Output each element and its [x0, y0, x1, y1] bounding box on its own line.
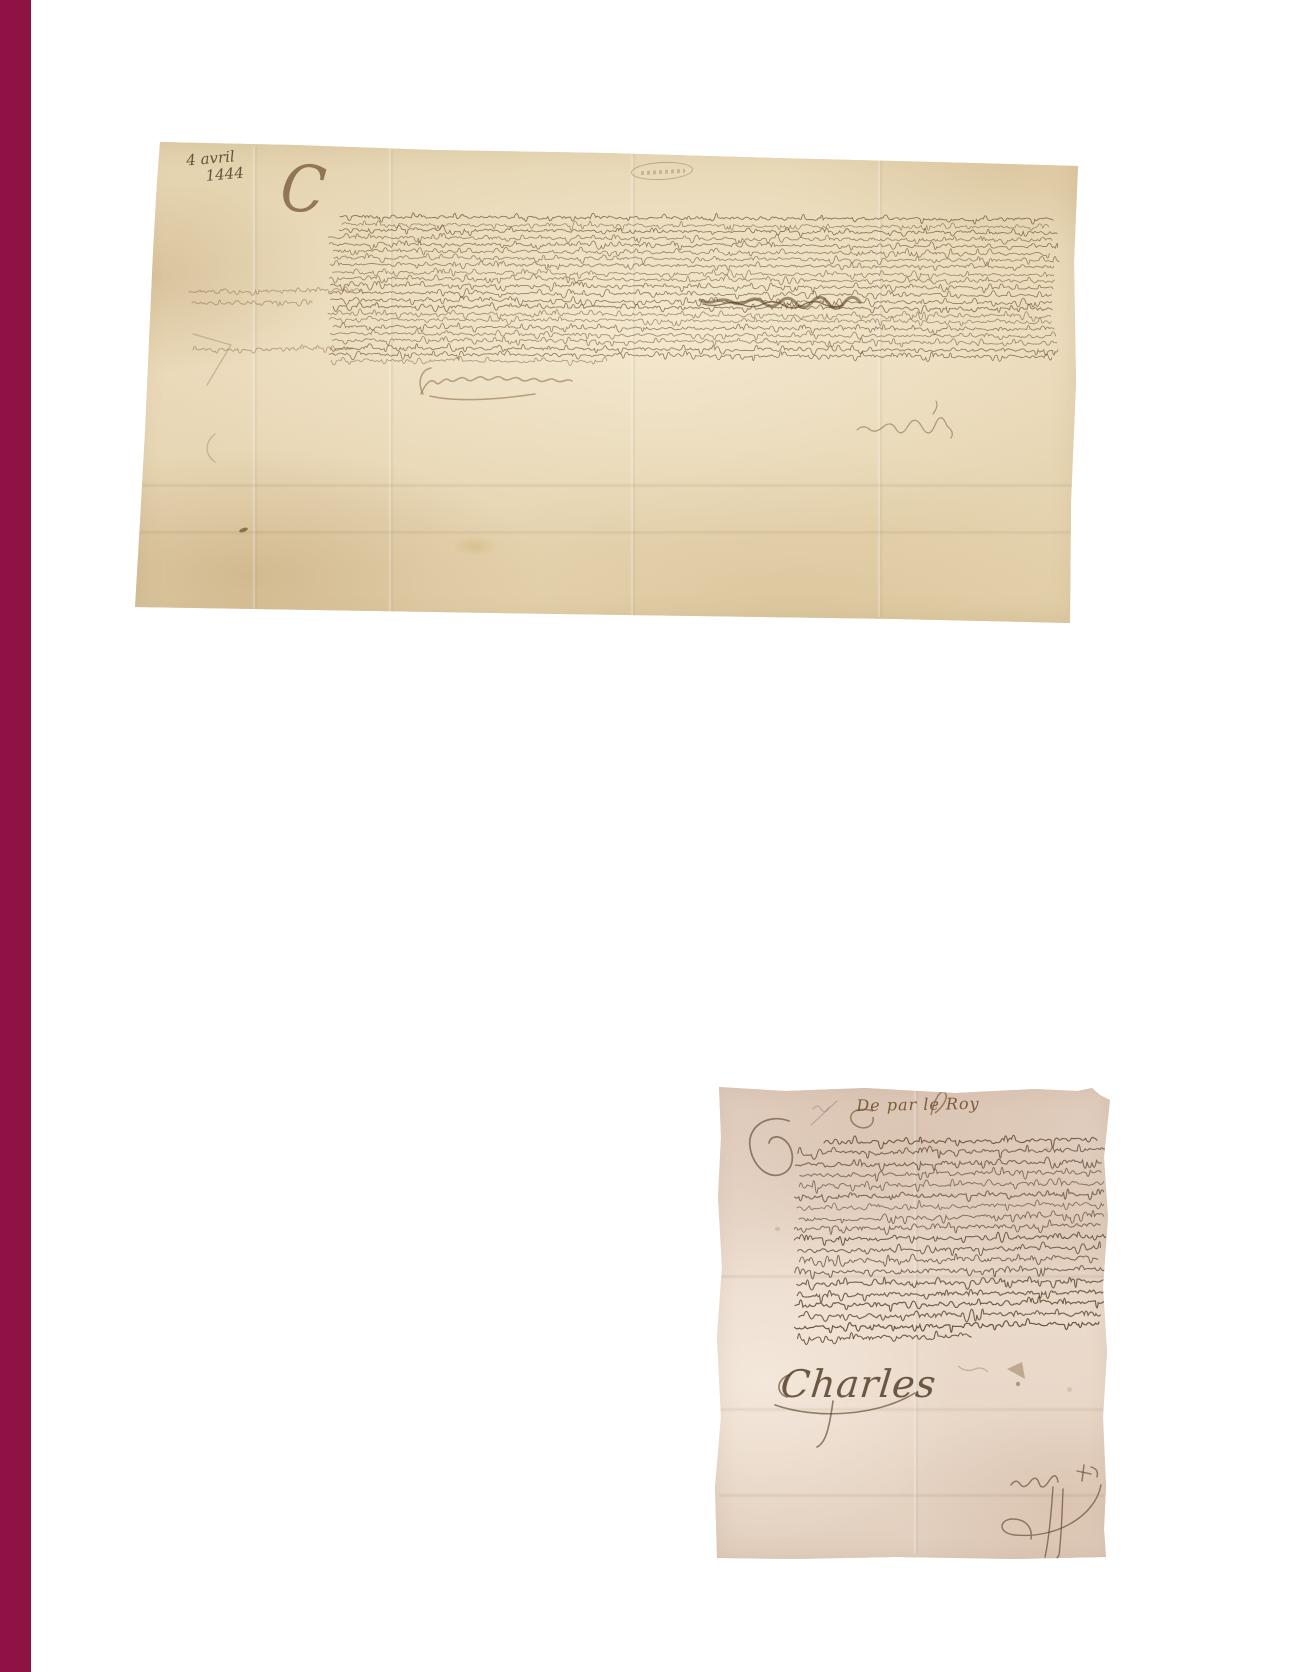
script-line — [800, 1254, 1098, 1267]
fold-crease — [252, 146, 258, 617]
doc2-header: De par le Roy — [833, 1094, 1003, 1116]
doc1-countersignature — [857, 401, 952, 438]
script-line — [192, 299, 312, 306]
script-line — [795, 1189, 1104, 1202]
doc1-date-annotation: 4 avril 1444 — [186, 148, 245, 187]
script-line — [331, 261, 1054, 271]
script-line — [797, 1200, 1103, 1211]
script-line — [794, 1220, 1100, 1235]
script-line — [334, 323, 1055, 334]
script-line — [794, 1232, 1105, 1245]
script-line — [798, 1242, 1101, 1256]
doc1-pencil-marks — [193, 334, 231, 462]
oval-mark-inscription — [641, 169, 685, 175]
script-line — [331, 281, 1054, 293]
fold-crease — [630, 146, 636, 617]
doc2-signature-flourish — [775, 1375, 915, 1447]
script-line — [824, 1135, 1097, 1149]
script-line — [333, 268, 1054, 279]
document-2: De par le Roy Charles — [715, 1087, 1110, 1560]
doc2-stain-marks — [958, 1362, 1025, 1386]
script-line — [329, 241, 1057, 250]
script-line — [339, 226, 1057, 237]
script-line — [333, 303, 1052, 314]
fold-crease — [719, 1274, 1104, 1279]
script-line — [797, 1289, 1103, 1302]
accent-bar — [0, 0, 31, 1672]
script-line — [799, 1178, 1103, 1193]
fold-crease — [388, 146, 394, 617]
doc1-signature-flourish — [420, 368, 572, 400]
fold-crease — [139, 483, 1072, 488]
script-line — [193, 345, 352, 353]
script-line — [328, 233, 1052, 244]
stain — [239, 527, 249, 534]
document-1: 4 avril 1444 C — [135, 142, 1078, 623]
stain — [775, 1227, 780, 1231]
script-line — [797, 1277, 1103, 1290]
fold-crease — [719, 1407, 1104, 1412]
fold-crease — [139, 530, 1072, 535]
doc2-signature-text: Charles — [779, 1362, 939, 1406]
script-line — [331, 343, 1058, 355]
stain — [451, 536, 499, 556]
fold-crease — [877, 146, 883, 617]
script-line — [799, 1211, 1104, 1224]
script-line — [795, 1266, 1106, 1279]
script-line — [334, 254, 1059, 266]
doc1-initial-letter: C — [278, 154, 329, 223]
script-line — [329, 316, 1051, 326]
script-line — [333, 247, 1049, 258]
script-line — [340, 213, 1053, 224]
doc2-countersignature — [1002, 1465, 1101, 1560]
script-line — [795, 1319, 1099, 1333]
fold-crease — [913, 1091, 919, 1554]
stain — [1067, 1387, 1072, 1392]
doc2-paraph — [750, 1119, 793, 1176]
stain — [1045, 1147, 1049, 1151]
script-line — [795, 1157, 1101, 1171]
script-line — [329, 351, 1052, 362]
script-line — [331, 357, 607, 366]
script-line — [331, 296, 1052, 307]
doc1-oval-collection-mark — [631, 160, 694, 181]
script-line — [328, 309, 1051, 322]
script-line — [332, 336, 1056, 347]
doc2-script-lines — [715, 1087, 1110, 1560]
script-line — [330, 329, 1055, 340]
doc1-script-lines — [135, 142, 1078, 623]
doc1-inked-correction — [700, 297, 860, 308]
script-line — [329, 275, 1054, 285]
script-line — [798, 1331, 972, 1344]
script-line — [342, 221, 1049, 231]
script-line — [795, 1297, 1104, 1312]
script-line — [329, 288, 1052, 299]
fold-crease — [719, 1493, 1104, 1498]
doc2-signature: Charles — [755, 1345, 945, 1455]
script-line — [798, 1145, 1105, 1160]
script-line — [189, 287, 362, 295]
script-line — [799, 1309, 1101, 1322]
script-line — [800, 1167, 1101, 1181]
